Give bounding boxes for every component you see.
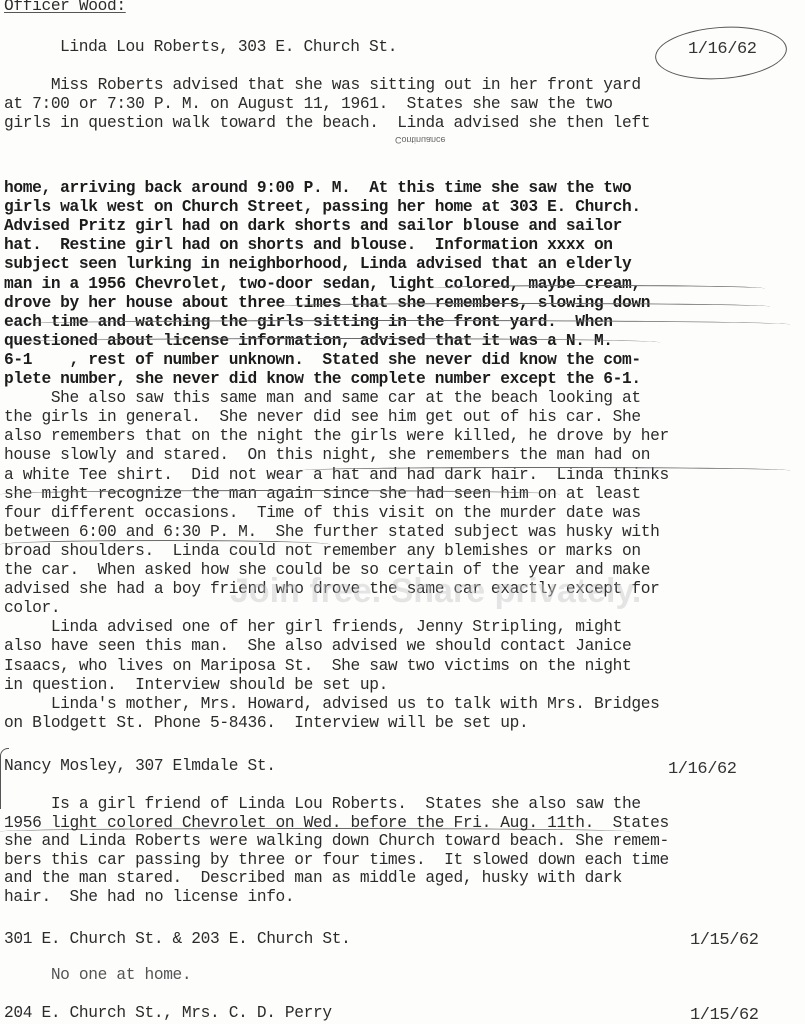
- pen-underline: [0, 490, 560, 499]
- text-line: hair. She had no license info.: [4, 888, 294, 907]
- text-line: Is a girl friend of Linda Lou Roberts. S…: [4, 795, 641, 814]
- text-line: Miss Roberts advised that she was sittin…: [4, 76, 641, 95]
- text-line: also have seen this man. She also advise…: [4, 637, 631, 656]
- pen-underline: [0, 540, 330, 549]
- pen-underline: [430, 285, 765, 292]
- text-line: four different occasions. Time of this v…: [4, 504, 641, 523]
- watermark: Join free. Share privately.: [230, 572, 641, 611]
- entry-date: 1/16/62: [688, 40, 757, 59]
- text-line: 6-1 , rest of number unknown. Stated she…: [4, 351, 641, 370]
- text-line: She also saw this same man and same car …: [4, 389, 641, 408]
- text-line: Advised Pritz girl had on dark shorts an…: [4, 217, 622, 236]
- officer-heading: Officer Wood:: [4, 0, 126, 16]
- text-line: color.: [4, 599, 60, 618]
- text-line: Linda advised one of her girl friends, J…: [4, 618, 622, 637]
- text-line: the girls in general. She never did see …: [4, 408, 641, 427]
- text-line: Isaacs, who lives on Mariposa St. She sa…: [4, 657, 631, 676]
- document-page: Officer Wood: Linda Lou Roberts, 303 E. …: [0, 0, 805, 1024]
- text-line: in question. Interview should be set up.: [4, 676, 388, 695]
- text-line: home, arriving back around 9:00 P. M. At…: [4, 179, 631, 198]
- text-line: girls walk west on Church Street, passin…: [4, 198, 641, 217]
- pen-underline: [300, 467, 790, 474]
- entry-subject: 204 E. Church St., Mrs. C. D. Perry: [4, 1004, 332, 1023]
- text-line: No one at home.: [4, 966, 191, 985]
- entry-date: 1/16/62: [668, 760, 737, 779]
- entry-date: 1/15/62: [690, 931, 759, 950]
- pen-underline: [10, 338, 660, 347]
- text-line: 1956 light colored Chevrolet on Wed. bef…: [4, 814, 669, 833]
- text-line: also remembers that on the night the gir…: [4, 427, 669, 446]
- text-line: on Blodgett St. Phone 5-8436. Interview …: [4, 714, 528, 733]
- text-line: girls in question walk toward the beach.…: [4, 114, 650, 133]
- text-line: she and Linda Roberts were walking down …: [4, 832, 669, 851]
- text-line: hat. Restine girl had on shorts and blou…: [4, 236, 613, 255]
- pen-underline: [270, 303, 770, 310]
- text-line: plete number, she never did know the com…: [4, 370, 641, 389]
- text-line: Linda's mother, Mrs. Howard, advised us …: [4, 695, 660, 714]
- pen-underline: [5, 320, 790, 329]
- entry-date: 1/15/62: [690, 1006, 759, 1024]
- text-line: bers this car passing by three or four t…: [4, 851, 669, 870]
- entry-subject: Linda Lou Roberts, 303 E. Church St.: [60, 38, 397, 57]
- entry-subject: 301 E. Church St. & 203 E. Church St.: [4, 930, 350, 949]
- text-line: house slowly and stared. On this night, …: [4, 446, 650, 465]
- entry-subject: Nancy Mosley, 307 Elmdale St.: [4, 757, 276, 776]
- text-line: between 6:00 and 6:30 P. M. She further …: [4, 523, 660, 542]
- text-line: and the man stared. Described man as mid…: [4, 869, 622, 888]
- text-line: at 7:00 or 7:30 P. M. on August 11, 1961…: [4, 95, 613, 114]
- text-line: subject seen lurking in neighborhood, Li…: [4, 255, 631, 274]
- continuance-mark: Continuance: [395, 135, 446, 145]
